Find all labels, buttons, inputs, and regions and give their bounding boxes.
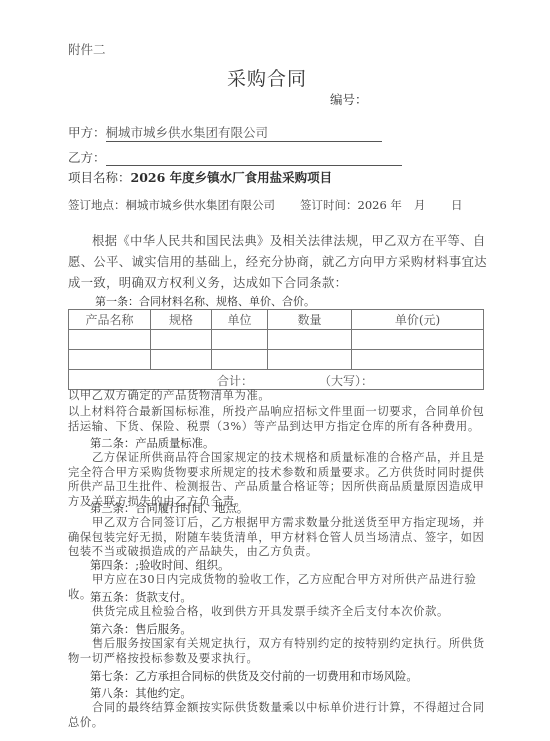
table-header-cell: 规格: [151, 310, 212, 330]
clause-5-title: 第五条：货款支付。: [90, 589, 192, 605]
table-cell[interactable]: [212, 350, 268, 370]
table-header-cell: 单价(元): [352, 310, 484, 330]
sign-time-year: 2026 年: [358, 198, 402, 212]
clause-7-title: 第七条：乙方承担合同标的供货及交付前的一切费用和市场风险。: [90, 668, 418, 684]
party-b-row: 乙方：: [68, 148, 402, 166]
sign-place: 签订地点：桐城市城乡供水集团有限公司: [68, 197, 275, 213]
total-label: 合计：: [217, 372, 253, 389]
table-cell[interactable]: [268, 350, 352, 370]
clause-8-body: 合同的最终结算金额按实际供货数量乘以中标单价进行计算，不得超过合同总价。: [68, 701, 488, 730]
table-row: [69, 330, 484, 350]
table-cell[interactable]: [212, 330, 268, 350]
clause-3-title: 第三条：合同履行时间、地点。: [90, 500, 248, 516]
table-cell[interactable]: [151, 330, 212, 350]
table-cell[interactable]: [268, 330, 352, 350]
contract-number-label: 编号：: [330, 90, 368, 108]
party-a-field[interactable]: 桐城市城乡供水集团有限公司: [106, 123, 382, 142]
project-name: 2026 年度乡镇水厂食用盐采购项目: [131, 170, 333, 185]
clause-6-title: 第六条：售后服务。: [90, 621, 192, 637]
attachment-label: 附件二: [68, 40, 106, 58]
sign-place-label: 签订地点：: [68, 198, 126, 212]
project-row: 项目名称：2026 年度乡镇水厂食用盐采购项目: [68, 168, 332, 186]
page-title: 采购合同: [227, 64, 307, 91]
table-cell[interactable]: [151, 350, 212, 370]
clause-6-body: 售后服务按国家有关规定执行，双方有特别约定的按特别约定执行。所供货物一切严格按投…: [68, 637, 488, 666]
party-a-row: 甲方：桐城市城乡供水集团有限公司: [68, 123, 382, 142]
clause-3-body: 甲乙双方合同签订后，乙方根据甲方需求数量分批送货至甲方指定现场，并确保包装完好无…: [68, 516, 488, 560]
total-capital-label: （大写）：: [319, 372, 373, 389]
table-cell[interactable]: [352, 330, 484, 350]
table-header-cell: 数量: [268, 310, 352, 330]
clause-5-body: 供货完成且检验合格，收到供方开具发票手续齐全后支付本次价款。: [68, 605, 488, 620]
clause-1-note-2: 以上材料符合最新国标标准，所投产品响应招标文件里面一切要求，合同单价包括运输、下…: [68, 405, 488, 434]
clause-1-note-1: 以甲乙双方确定的产品货物清单为准。: [68, 389, 488, 404]
clause-1-title: 第一条：合同材料名称、规格、单价、合价。: [95, 293, 315, 309]
spec-table: 产品名称 规格 单位 数量 单价(元) 合计： （大写）：: [68, 309, 484, 390]
party-a-label: 甲方：: [68, 125, 106, 140]
table-total-cell[interactable]: 合计： （大写）：: [69, 370, 484, 390]
table-header-row: 产品名称 规格 单位 数量 单价(元): [69, 310, 484, 330]
clause-4-title: 第四条：;验收时间、组织。: [90, 557, 229, 573]
table-header-cell: 单位: [212, 310, 268, 330]
sign-place-value: 桐城市城乡供水集团有限公司: [126, 198, 276, 212]
table-header-cell: 产品名称: [69, 310, 151, 330]
sign-time: 签订时间：2026 年: [300, 197, 402, 213]
table-cell[interactable]: [69, 350, 151, 370]
table-cell[interactable]: [352, 350, 484, 370]
clause-2-title: 第二条：产品质量标准。: [90, 435, 214, 451]
sign-time-label: 签订时间：: [300, 198, 358, 212]
sign-time-month: 月: [414, 197, 426, 213]
intro-paragraph: 根据《中华人民共和国民法典》及相关法律法规，甲乙双方在平等、自愿、公平、诚实信用…: [68, 231, 492, 294]
table-cell[interactable]: [69, 330, 151, 350]
clause-8-title: 第八条：其他约定。: [90, 685, 192, 701]
party-b-label: 乙方：: [68, 150, 106, 165]
project-label: 项目名称：: [68, 170, 131, 185]
sign-time-day: 日: [451, 197, 463, 213]
table-row: [69, 350, 484, 370]
party-b-field[interactable]: [106, 151, 402, 166]
table-total-row: 合计： （大写）：: [69, 370, 484, 390]
